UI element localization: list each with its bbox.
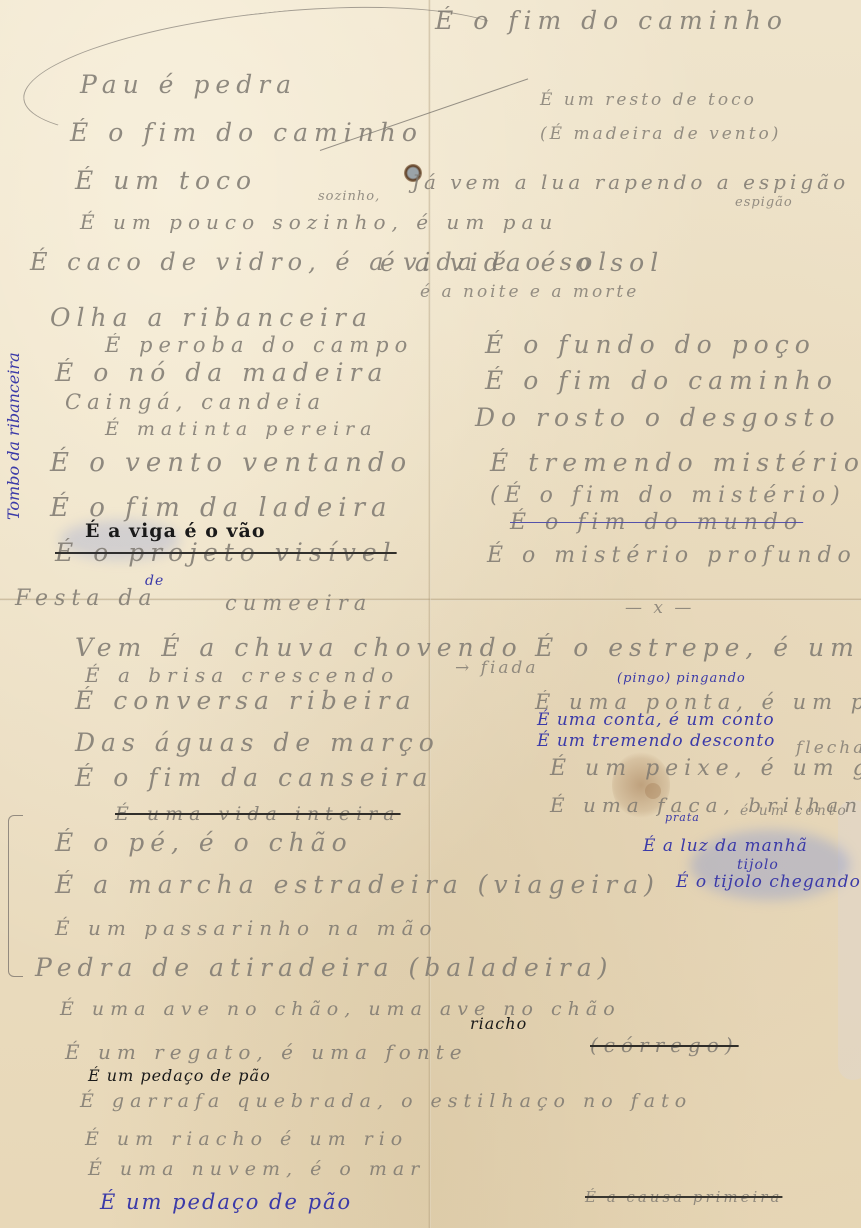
verse-line: É um passarinho na mão: [55, 918, 438, 938]
verse-line: É matinta pereira: [105, 420, 377, 439]
fiada-note: → fiada: [455, 660, 539, 677]
verse-line: Do rosto o desgosto: [475, 405, 841, 430]
struck-line: É o projeto visível: [55, 540, 397, 565]
noite-morte-line: é a noite e a morte: [420, 284, 639, 301]
verse-line: Pau é pedra: [80, 72, 297, 97]
verse-line: É peroba do campo: [105, 335, 413, 356]
espigao-note: espigão: [735, 196, 793, 209]
arrow-target-line: (É madeira de vento): [540, 126, 781, 143]
verse-line: É o nó da madeira: [55, 360, 388, 385]
verse-line: É garrafa quebrada, o estilhaço no fato: [80, 1092, 692, 1111]
verse-line: É o fim do caminho: [485, 368, 838, 393]
verse-line: cumeeira: [225, 593, 372, 614]
verse-line: Das águas de março: [75, 730, 440, 755]
edge-wear: [838, 800, 861, 1080]
margin-note: Tombo da ribanceira: [4, 352, 23, 520]
conto-note: é um conto: [740, 804, 849, 818]
arrow-target-line: É um resto de toco: [540, 92, 757, 109]
verse-line: É um peixe, é um gesto: [550, 758, 861, 780]
blue-note: prata: [665, 812, 700, 823]
blue-note: É o tijolo chegando: [676, 874, 861, 891]
verse-line: É uma nuvem, é o mar: [88, 1160, 425, 1179]
verse-line: É um pouco sozinho, é um pau: [80, 212, 558, 232]
struck-line: É o fim do mundo: [510, 512, 803, 534]
blue-note: É a luz da manhã: [643, 838, 808, 855]
manuscript-page: Tombo da ribanceira É o fim do caminho É…: [0, 0, 861, 1228]
heading-line: É o fim do caminho: [435, 8, 788, 33]
struck-line: É uma vida inteira: [115, 805, 401, 824]
verse-line: É o mistério profundo: [487, 545, 857, 567]
verse-line: É tremendo mistério: [490, 450, 861, 475]
black-ink-insert: É um pedaço de pão: [88, 1068, 271, 1084]
struck-word: (córrego): [590, 1035, 739, 1055]
continuation-line: Já vem a lua rapendo a espigão: [412, 172, 849, 192]
blue-note: É um tremendo desconto: [537, 733, 775, 750]
verse-line: É o fim da ladeira: [50, 495, 393, 521]
verse-line: É conversa ribeira: [75, 688, 417, 713]
verse-line: É o vento ventando: [50, 450, 412, 476]
verse-line: É o fim do caminho: [70, 120, 423, 145]
verse-line: (É o fim do mistério): [490, 485, 846, 507]
blue-note: É uma conta, é um conto: [537, 712, 775, 729]
flecha-note: flecha: [796, 740, 861, 757]
verse-line: Caingá, candeia: [65, 392, 326, 413]
verse-line: É a brisa crescendo: [85, 665, 399, 685]
verse-line: É a marcha estradeira (viageira): [55, 872, 660, 897]
struck-line: É a causa primeira: [585, 1190, 782, 1205]
verse-line: É caco de vidro, é a vida é o sol: [30, 250, 612, 274]
section-separator: — x —: [625, 600, 694, 617]
verse-line: É um riacho é um rio: [85, 1130, 408, 1149]
verse-line: É o pé, é o chão: [55, 830, 353, 855]
verse-line: É o fundo do poço: [485, 332, 816, 357]
verse-line: É um toco: [75, 168, 257, 193]
black-ink-insert: riacho: [470, 1016, 527, 1032]
verse-line: Olha a ribanceira: [50, 305, 373, 330]
blue-note: tijolo: [737, 858, 779, 872]
verse-line: Vem É a chuva chovendo: [75, 635, 523, 660]
verse-line: Pedra de atiradeira (baladeira): [35, 955, 613, 980]
blue-verse-line: É um pedaço de pão: [100, 1192, 352, 1213]
verse-line: É uma ave no chão, uma ave no chão: [60, 1000, 621, 1019]
insert-sozinho: sozinho,: [318, 190, 380, 203]
verse-line: É o estrepe, é um prego: [535, 635, 861, 660]
verse-line: É o fim da canseira: [75, 765, 433, 790]
verse-line: É um regato, é uma fonte: [65, 1042, 468, 1062]
blue-note: (pingo) pingando: [617, 672, 746, 685]
verse-line: Festa da: [15, 588, 158, 610]
pencil-bracket: [8, 815, 23, 977]
